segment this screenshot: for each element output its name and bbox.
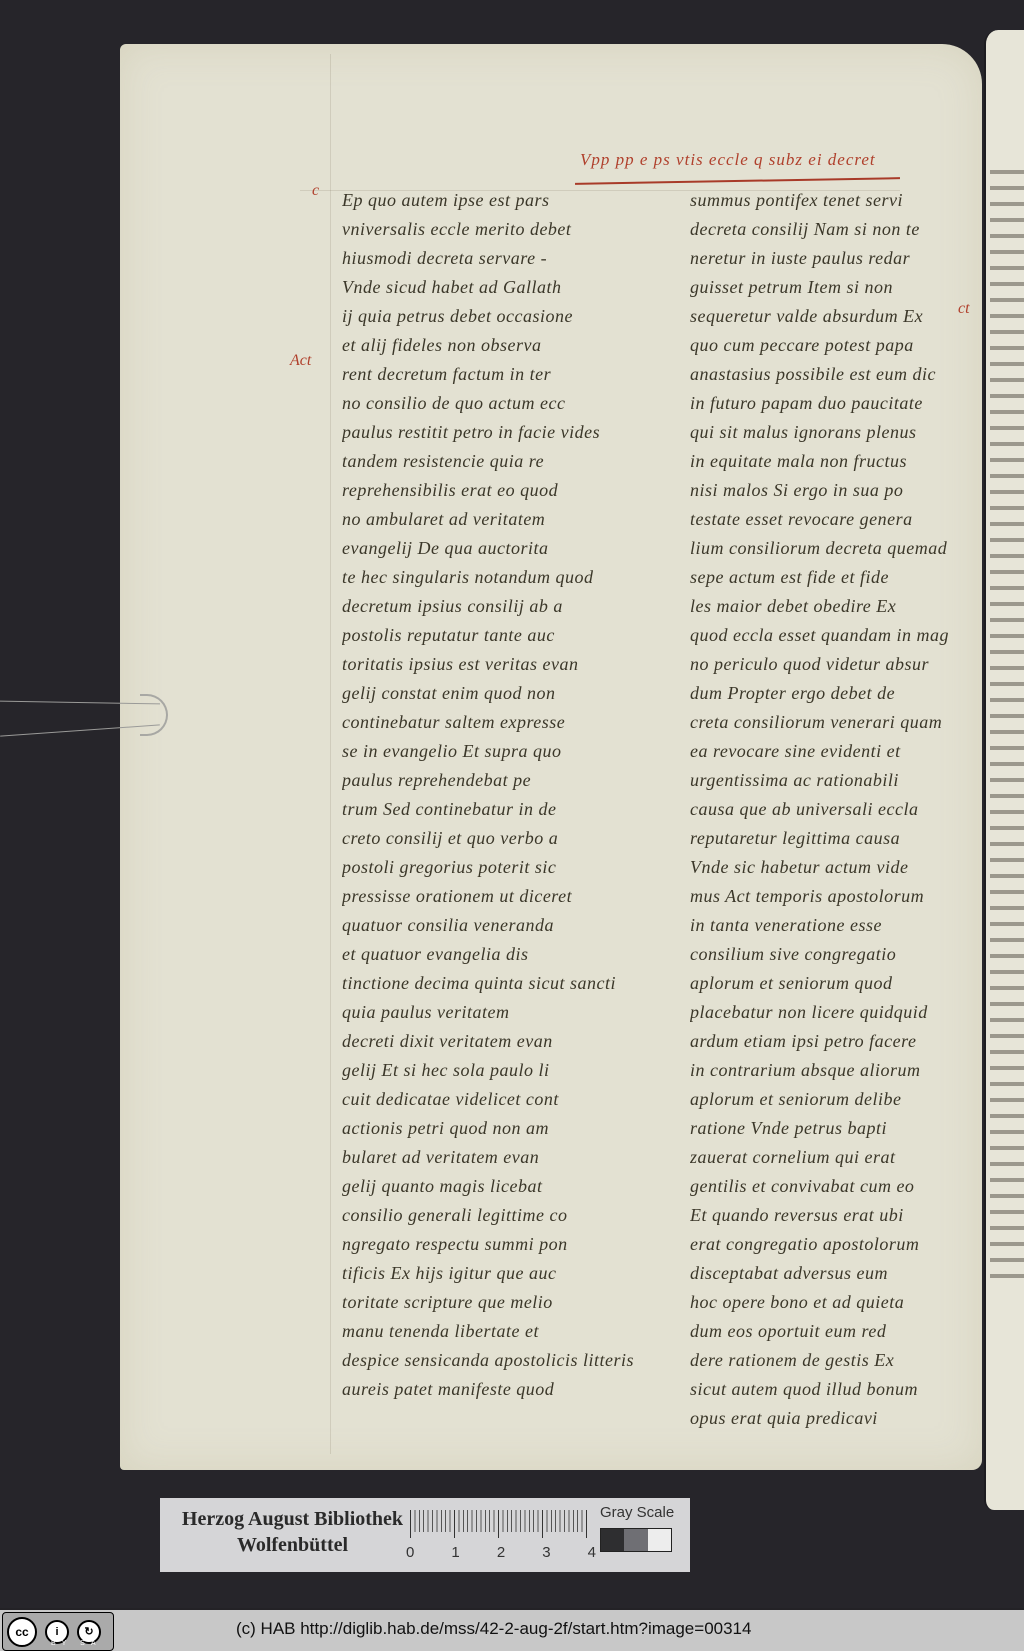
paper-clip (0, 690, 170, 738)
manuscript-line: actionis petri quod non am (342, 1114, 654, 1143)
institution-line-2: Wolfenbüttel (180, 1532, 405, 1558)
manuscript-line: ratione Vnde petrus bapti (690, 1114, 960, 1143)
license-label-by: BY (51, 1640, 72, 1647)
ruler-number: 0 (406, 1544, 414, 1561)
ruler-number: 2 (497, 1544, 505, 1561)
manuscript-line: ea revocare sine evidenti et (690, 737, 960, 766)
license-labels: BY SA (51, 1640, 102, 1647)
manuscript-line: summus pontifex tenet servi (690, 186, 960, 215)
manuscript-line: lium consiliorum decreta quemad (690, 534, 960, 563)
ruler-major-ticks (410, 1510, 590, 1538)
manuscript-line: postolis reputatur tante auc (342, 621, 654, 650)
gray-scale-swatches (600, 1528, 672, 1552)
manuscript-line: tandem resistencie quia re (342, 447, 654, 476)
margin-note-left-top: c (312, 182, 319, 200)
manuscript-line: consilium sive congregatio (690, 940, 960, 969)
adjacent-page-edge (984, 30, 1024, 1510)
measurement-ruler: 0 1 2 3 4 (410, 1510, 590, 1570)
manuscript-line: Ep quo autem ipse est pars (342, 186, 654, 215)
manuscript-line: manu tenenda libertate et (342, 1317, 654, 1346)
text-column-left: Ep quo autem ipse est parsvniversalis ec… (342, 186, 654, 1404)
gray-swatch-mid (624, 1529, 647, 1551)
manuscript-line: reputaretur legittima causa (690, 824, 960, 853)
manuscript-line: paulus restitit petro in facie vides (342, 418, 654, 447)
manuscript-line: quatuor consilia veneranda (342, 911, 654, 940)
manuscript-line: quod eccla esset quandam in mag (690, 621, 960, 650)
manuscript-line: les maior debet obedire Ex (690, 592, 960, 621)
manuscript-line: mus Act temporis apostolorum (690, 882, 960, 911)
manuscript-line: Et quando reversus erat ubi (690, 1201, 960, 1230)
manuscript-line: quo cum peccare potest papa (690, 331, 960, 360)
manuscript-line: toritatis ipsius est veritas evan (342, 650, 654, 679)
manuscript-line: evangelij De qua auctorita (342, 534, 654, 563)
manuscript-line: postoli gregorius poterit sic (342, 853, 654, 882)
manuscript-line: continebatur saltem expresse (342, 708, 654, 737)
manuscript-line: disceptabat adversus eum (690, 1259, 960, 1288)
manuscript-line: causa que ab universali eccla (690, 795, 960, 824)
manuscript-line: guisset petrum Item si non (690, 273, 960, 302)
manuscript-line: aureis patet manifeste quod (342, 1375, 654, 1404)
manuscript-line: dum eos oportuit eum red (690, 1317, 960, 1346)
license-label-sa: SA (80, 1640, 101, 1647)
manuscript-line: in futuro papam duo paucitate (690, 389, 960, 418)
manuscript-line: anastasius possibile est eum dic (690, 360, 960, 389)
manuscript-line: trum Sed continebatur in de (342, 795, 654, 824)
library-label-card: Herzog August Bibliothek Wolfenbüttel 0 … (160, 1498, 690, 1572)
ruler-number: 1 (451, 1544, 459, 1561)
manuscript-line: sepe actum est fide et fide (690, 563, 960, 592)
manuscript-line: sicut autem quod illud bonum (690, 1375, 960, 1404)
manuscript-line: dum Propter ergo debet de (690, 679, 960, 708)
manuscript-line: decreta consilij Nam si non te (690, 215, 960, 244)
manuscript-line: gelij Et si hec sola paulo li (342, 1056, 654, 1085)
manuscript-line: in tanta veneratione esse (690, 911, 960, 940)
credit-text[interactable]: (c) HAB http://diglib.hab.de/mss/42-2-au… (236, 1619, 751, 1639)
manuscript-line: bularet ad veritatem evan (342, 1143, 654, 1172)
gray-scale-label: Gray Scale (600, 1504, 674, 1521)
adjacent-page-text (990, 170, 1024, 1290)
manuscript-line: gelij quanto magis licebat (342, 1172, 654, 1201)
institution-name: Herzog August Bibliothek Wolfenbüttel (180, 1506, 405, 1558)
manuscript-line: et alij fideles non observa (342, 331, 654, 360)
manuscript-line: tinctione decima quinta sicut sancti (342, 969, 654, 998)
manuscript-line: sequeretur valde absurdum Ex (690, 302, 960, 331)
manuscript-line: paulus reprehendebat pe (342, 766, 654, 795)
manuscript-line: hoc opere bono et ad quieta (690, 1288, 960, 1317)
manuscript-line: gelij constat enim quod non (342, 679, 654, 708)
margin-note-left-act: Act (290, 352, 311, 370)
manuscript-line: reprehensibilis erat eo quod (342, 476, 654, 505)
manuscript-line: opus erat quia predicavi (690, 1404, 960, 1433)
clip-loop (140, 694, 168, 736)
manuscript-line: urgentissima ac rationabili (690, 766, 960, 795)
manuscript-line: ngregato respectu summi pon (342, 1230, 654, 1259)
manuscript-line: no periculo quod videtur absur (690, 650, 960, 679)
manuscript-line: erat congregatio apostolorum (690, 1230, 960, 1259)
ruler-numbers: 0 1 2 3 4 (406, 1544, 596, 1561)
gray-swatch-light (648, 1529, 671, 1551)
ruler-number: 3 (542, 1544, 550, 1561)
manuscript-line: Vnde sic habetur actum vide (690, 853, 960, 882)
ruling-line (330, 54, 331, 1454)
manuscript-line: toritate scripture que melio (342, 1288, 654, 1317)
clip-wire (0, 701, 160, 705)
manuscript-line: testate esset revocare genera (690, 505, 960, 534)
cc-license-badge[interactable]: cc i ↻ BY SA (2, 1612, 114, 1651)
manuscript-line: rent decretum factum in ter (342, 360, 654, 389)
text-column-right: summus pontifex tenet servidecreta consi… (690, 186, 960, 1433)
manuscript-line: in equitate mala non fructus (690, 447, 960, 476)
credit-footer: cc i ↻ BY SA (c) HAB http://diglib.hab.d… (0, 1610, 1024, 1651)
manuscript-line: decreti dixit veritatem evan (342, 1027, 654, 1056)
ruler-number: 4 (588, 1544, 596, 1561)
manuscript-line: hiusmodi decreta servare - (342, 244, 654, 273)
manuscript-line: aplorum et seniorum delibe (690, 1085, 960, 1114)
manuscript-line: se in evangelio Et supra quo (342, 737, 654, 766)
manuscript-line: despice sensicanda apostolicis litteris (342, 1346, 654, 1375)
manuscript-line: qui sit malus ignorans plenus (690, 418, 960, 447)
manuscript-line: aplorum et seniorum quod (690, 969, 960, 998)
manuscript-line: consilio generali legittime co (342, 1201, 654, 1230)
manuscript-line: creta consiliorum venerari quam (690, 708, 960, 737)
manuscript-line: et quatuor evangelia dis (342, 940, 654, 969)
manuscript-line: gentilis et convivabat cum eo (690, 1172, 960, 1201)
manuscript-line: te hec singularis notandum quod (342, 563, 654, 592)
manuscript-line: pressisse orationem ut diceret (342, 882, 654, 911)
manuscript-line: creto consilij et quo verbo a (342, 824, 654, 853)
manuscript-line: tificis Ex hijs igitur que auc (342, 1259, 654, 1288)
manuscript-line: ardum etiam ipsi petro facere (690, 1027, 960, 1056)
manuscript-line: vniversalis eccle merito debet (342, 215, 654, 244)
manuscript-line: no ambularet ad veritatem (342, 505, 654, 534)
manuscript-line: neretur in iuste paulus redar (690, 244, 960, 273)
clip-wire (0, 724, 160, 736)
manuscript-line: placebatur non licere quidquid (690, 998, 960, 1027)
manuscript-line: nisi malos Si ergo in sua po (690, 476, 960, 505)
gray-swatch-dark (601, 1529, 624, 1551)
institution-line-1: Herzog August Bibliothek (180, 1506, 405, 1532)
rubric-header: Vpp pp e ps vtis eccle q subz ei decret (580, 150, 890, 176)
manuscript-line: zauerat cornelium qui erat (690, 1143, 960, 1172)
manuscript-line: decretum ipsius consilij ab a (342, 592, 654, 621)
manuscript-line: no consilio de quo actum ecc (342, 389, 654, 418)
manuscript-line: dere rationem de gestis Ex (690, 1346, 960, 1375)
manuscript-line: quia paulus veritatem (342, 998, 654, 1027)
manuscript-line: in contrarium absque aliorum (690, 1056, 960, 1085)
cc-icon: cc (7, 1617, 37, 1647)
manuscript-line: Vnde sicud habet ad Gallath (342, 273, 654, 302)
manuscript-line: ij quia petrus debet occasione (342, 302, 654, 331)
manuscript-line: cuit dedicatae videlicet cont (342, 1085, 654, 1114)
